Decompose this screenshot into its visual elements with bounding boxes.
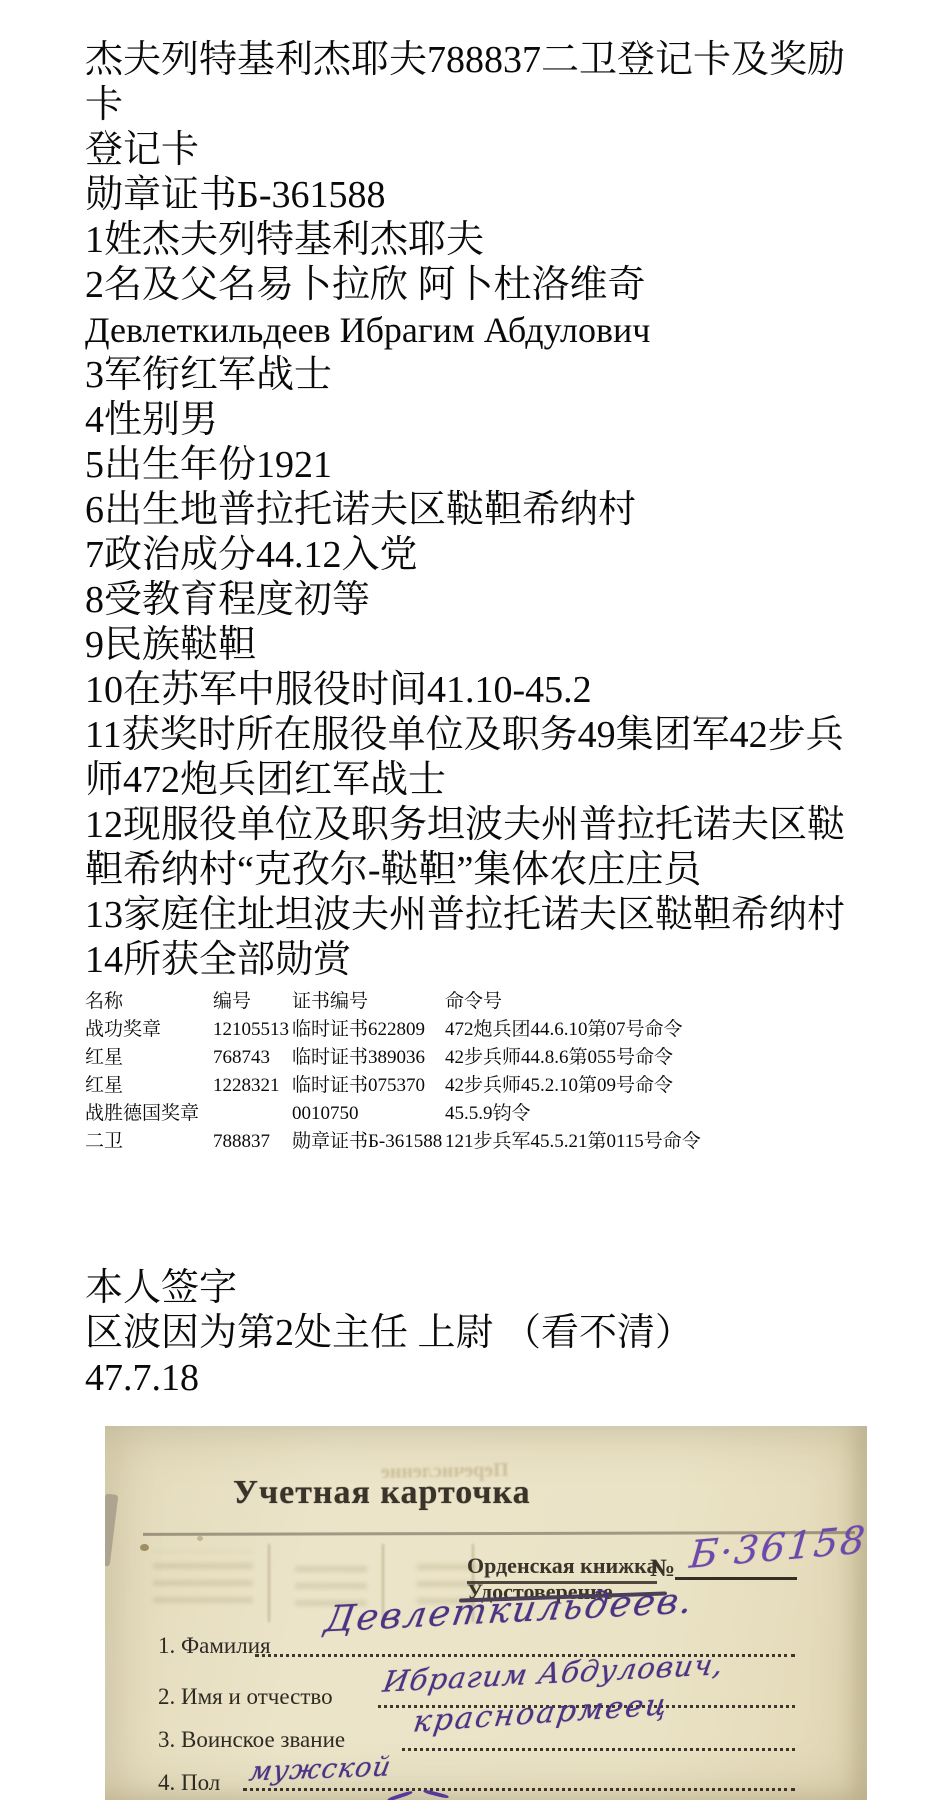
award-row-cell: 121步兵军45.5.21第0115号命令 xyxy=(445,1130,775,1153)
field-party-status: 7政治成分44.12入党 xyxy=(85,533,863,578)
bleed-through-blob xyxy=(153,1551,253,1603)
field-rank: 3军衔红军战士 xyxy=(85,353,863,398)
number-sign: № xyxy=(650,1555,675,1583)
field-surname: 1姓杰夫列特基利杰耶夫 xyxy=(85,218,863,263)
awards-header-number: 编号 xyxy=(213,990,292,1013)
sex-handwritten: мужской xyxy=(247,1752,394,1788)
surname-handwritten: Девлеткильдеев. xyxy=(322,1580,697,1640)
award-row-cell: 红星 xyxy=(85,1074,213,1097)
award-row-cell xyxy=(213,1102,292,1125)
order-book-number-handwritten: Б·361588 xyxy=(688,1515,867,1576)
award-row-cell: 临时证书389036 xyxy=(292,1046,445,1069)
award-row-cell: 42步兵师45.2.10第09号命令 xyxy=(445,1074,775,1097)
award-row-cell: 768743 xyxy=(213,1046,292,1069)
signature-heading: 本人签字 xyxy=(85,1266,693,1311)
awards-header-certificate: 证书编号 xyxy=(292,990,445,1013)
awards-table: 名称 编号 证书编号 命令号 战功奖章 12105513 临时证书622809 … xyxy=(85,990,775,1153)
military-rank-label: 3. Воинское звание xyxy=(158,1727,345,1753)
military-rank-dotted-line xyxy=(402,1748,795,1751)
number-underline xyxy=(675,1577,797,1580)
medal-certificate-number: 勋章证书Б-361588 xyxy=(85,173,863,218)
award-row-cell: 45.5.9钧令 xyxy=(445,1102,775,1125)
field-all-awards-heading: 14所获全部勋赏 xyxy=(85,938,863,983)
paper-speck xyxy=(140,1544,149,1551)
award-row-cell: 战功奖章 xyxy=(85,1018,213,1041)
award-row-cell: 二卫 xyxy=(85,1130,213,1153)
award-row-cell: 战胜德国奖章 xyxy=(85,1102,213,1125)
field-nationality: 9民族鞑靼 xyxy=(85,623,863,668)
award-row-cell: 红星 xyxy=(85,1046,213,1069)
scanned-card-image: Перечисление Учетная карточка Орденская … xyxy=(105,1426,867,1800)
signature-date: 47.7.18 xyxy=(85,1356,693,1401)
field-name-cyrillic: Девлеткильдеев Ибрагим Абдулович xyxy=(85,308,863,353)
award-row-cell: 临时证书075370 xyxy=(292,1074,445,1097)
awards-header-order: 命令号 xyxy=(445,990,775,1013)
clipped-handwriting-stroke xyxy=(387,1790,413,1800)
surname-label: 1. Фамилия xyxy=(158,1633,271,1659)
sex-dotted-line xyxy=(243,1788,795,1791)
award-row-cell: 临时证书622809 xyxy=(292,1018,445,1041)
award-row-cell: 788837 xyxy=(213,1130,292,1153)
bleed-through-rule xyxy=(268,1544,270,1622)
field-unit-at-award: 11获奖时所在服役单位及职务49集团军42步兵师472炮兵团红军战士 xyxy=(85,713,863,803)
field-sex: 4性别男 xyxy=(85,398,863,443)
field-birth-place: 6出生地普拉托诺夫区鞑靼希纳村 xyxy=(85,488,863,533)
award-row-cell: 1228321 xyxy=(213,1074,292,1097)
card-title: Учетная карточка xyxy=(233,1474,531,1512)
field-birth-year: 5出生年份1921 xyxy=(85,443,863,488)
signature-officer-line: 区波因为第2处主任 上尉 （看不清） xyxy=(85,1311,693,1356)
paper-speck xyxy=(197,1536,203,1541)
award-row-cell: 12105513 xyxy=(213,1018,292,1041)
page: { "document": { "paragraphs": [ "杰夫列特基利杰… xyxy=(0,0,946,1800)
field-education: 8受教育程度初等 xyxy=(85,578,863,623)
paper-edge-tear xyxy=(105,1493,118,1566)
translation-text: 杰夫列特基利杰耶夫788837二卫登记卡及奖励卡 登记卡 勋章证书Б-36158… xyxy=(85,38,863,983)
field-name-patronymic: 2名及父名易卜拉欣 阿卜杜洛维奇 xyxy=(85,263,863,308)
name-patronymic-label: 2. Имя и отчество xyxy=(158,1684,333,1710)
award-row-cell: 勋章证书Б-361588 xyxy=(292,1130,445,1153)
signature-block: 本人签字 区波因为第2处主任 上尉 （看不清） 47.7.18 xyxy=(85,1266,693,1401)
sex-label: 4. Пол xyxy=(158,1770,220,1796)
field-home-address: 13家庭住址坦波夫州普拉托诺夫区鞑靼希纳村 xyxy=(85,893,863,938)
subtitle-registration-card: 登记卡 xyxy=(85,128,863,173)
awards-header-name: 名称 xyxy=(85,990,213,1013)
award-row-cell: 472炮兵团44.6.10第07号命令 xyxy=(445,1018,775,1041)
award-row-cell: 42步兵师44.8.6第055号命令 xyxy=(445,1046,775,1069)
doc-title: 杰夫列特基利杰耶夫788837二卫登记卡及奖励卡 xyxy=(85,38,863,128)
award-row-cell: 0010750 xyxy=(292,1102,445,1125)
field-current-unit: 12现服役单位及职务坦波夫州普拉托诺夫区鞑靼希纳村“克孜尔-鞑靼”集体农庄庄员 xyxy=(85,803,863,893)
field-service-period: 10在苏军中服役时间41.10-45.2 xyxy=(85,668,863,713)
